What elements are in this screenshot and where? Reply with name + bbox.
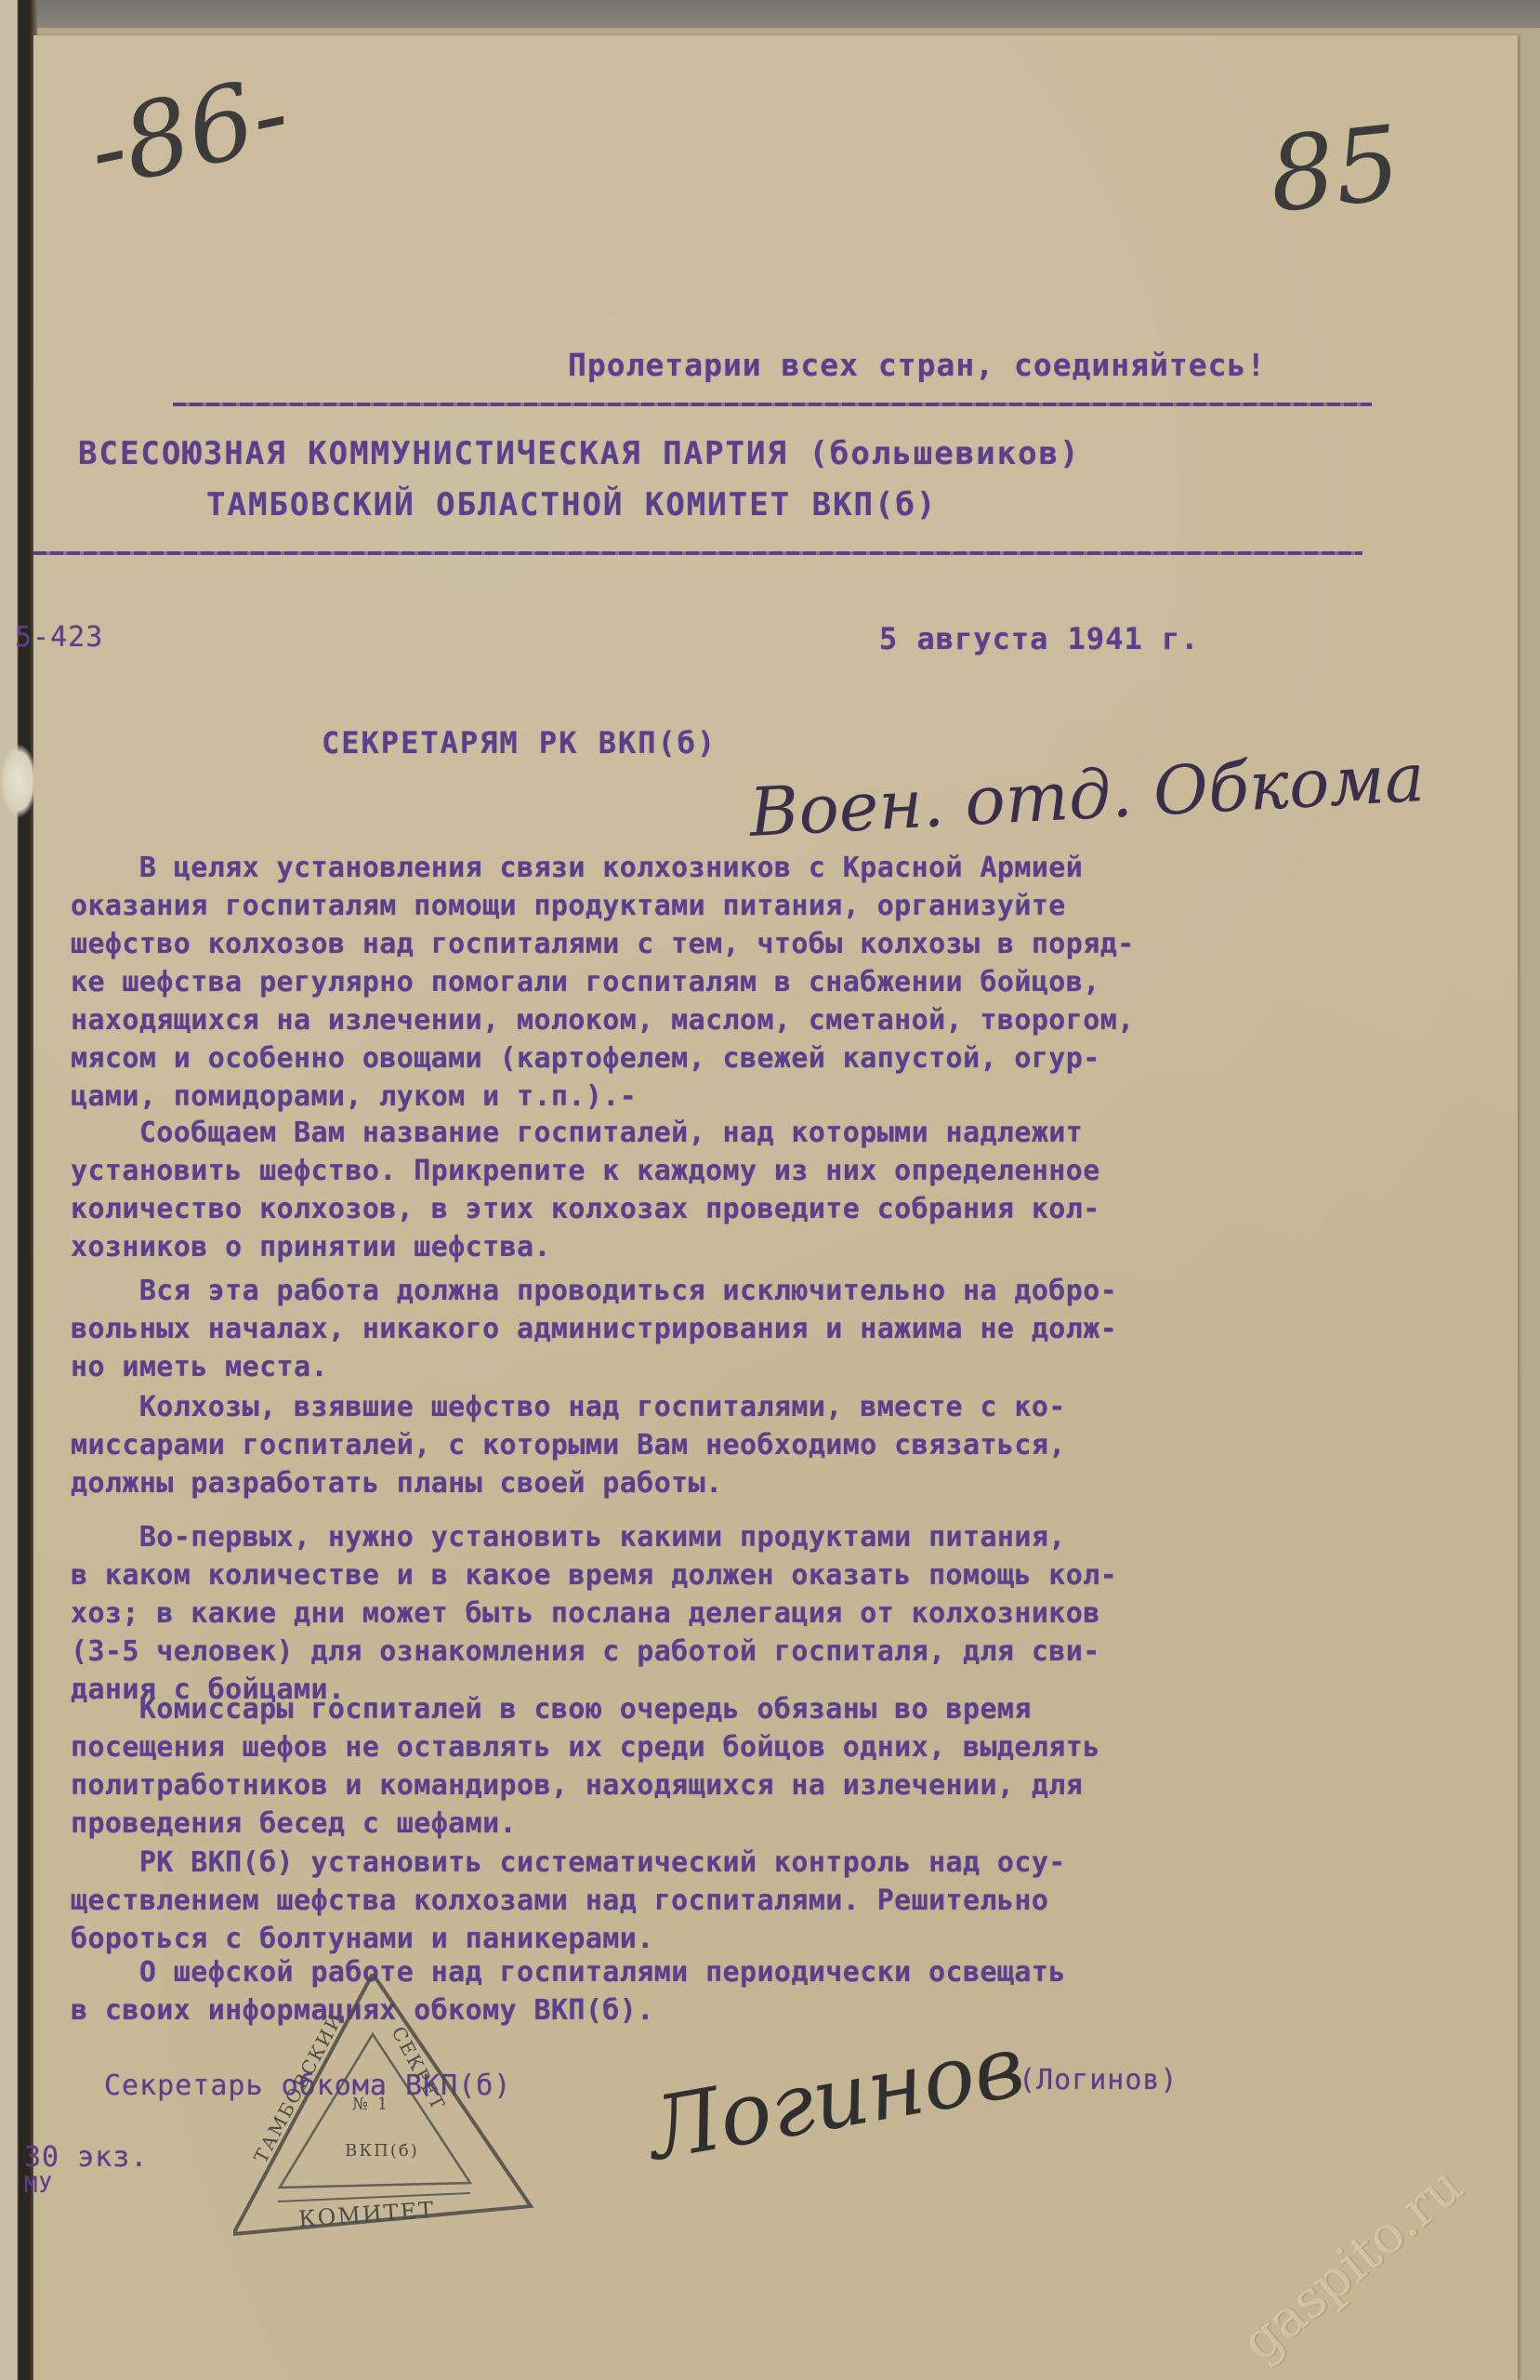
text-line: (3-5 человек) для ознакомления с работой… [71,1633,1390,1671]
text-line: установить шефство. Прикрепите к каждому… [71,1152,1390,1190]
slogan: Пролетарии всех стран, соединяйтесь! [568,347,1266,383]
text-line: оказания госпиталям помощи продуктами пи… [71,887,1390,925]
text-line: находящихся на излечении, молоком, масло… [71,1001,1390,1039]
old-sheet-number: -86- [79,53,298,211]
text-line: Сообщаем Вам название госпиталей, над ко… [71,1114,1390,1152]
paragraph-6: Комиссары госпиталей в свою очередь обяз… [71,1690,1390,1843]
text-line: вольных началах, никакого администрирова… [71,1310,1390,1348]
paragraph-7: РК ВКП(б) установить систематический кон… [71,1844,1390,1958]
header-divider [33,551,1362,555]
text-line: ке шефства регулярно помогали госпиталям… [71,963,1390,1001]
binding-spine [0,0,37,2380]
text-line: Во-первых, нужно установить какими проду… [71,1518,1390,1556]
handwritten-signature: Логинов [641,2016,1032,2179]
reference-number: 5-423 [15,621,103,654]
text-line: посещения шефов не оставлять их среди бо… [71,1728,1390,1766]
watermark: gaspito.ru [1231,2155,1474,2373]
document-date: 5 августа 1941 г. [879,621,1200,656]
text-line: хозников о принятии шефства. [71,1228,1390,1266]
text-line: В целях установления связи колхозников с… [71,849,1390,887]
text-line: шефство колхозов над госпиталями с тем, … [71,925,1390,963]
text-line: ществлением шефства колхозами над госпит… [71,1882,1390,1920]
committee-stamp: ТАМБОВСКИЙ СЕКРЕТ № 1 ВКП(б) КОМИТЕТ [233,1974,540,2243]
text-line: мясом и особенно овощами (картофелем, св… [71,1039,1390,1078]
paragraph-4: Колхозы, взявшие шефство над госпиталями… [71,1388,1390,1502]
stamp-center-text: ВКП(б) [345,2141,419,2161]
text-line: в каком количестве и в какое время долже… [71,1556,1390,1594]
text-line: проведения бесед с шефами. [71,1805,1390,1843]
text-line: хоз; в какие дни может быть послана деле… [71,1594,1390,1633]
text-line: Комиссары госпиталей в свою очередь обяз… [71,1690,1390,1728]
copies-count: 30 экз. [24,2141,148,2174]
text-line: бороться с болтунами и паникерами. [71,1920,1390,1958]
text-line: Колхозы, взявшие шефство над госпиталями… [71,1388,1390,1426]
text-line: РК ВКП(б) установить систематический кон… [71,1844,1390,1882]
binding-clip [0,744,37,818]
committee-name: ТАМБОВСКИЙ ОБЛАСТНОЙ КОМИТЕТ ВКП(б) [206,486,937,523]
paragraph-5: Во-первых, нужно установить какими проду… [71,1518,1390,1709]
text-line: миссарами госпиталей, с которыми Вам нео… [71,1426,1390,1464]
party-name: ВСЕСОЮЗНАЯ КОММУНИСТИЧЕСКАЯ ПАРТИЯ (боль… [78,435,1081,472]
paragraph-3: Вся эта работа должна проводиться исключ… [71,1272,1390,1386]
signatory-name: (Логинов) [1019,2064,1178,2096]
text-line: должны разработать планы своей работы. [71,1464,1390,1502]
slogan-underline [173,403,1372,406]
typist-initials: МУ [24,2172,53,2198]
text-line: Вся эта работа должна проводиться исключ… [71,1272,1390,1310]
document-page: -86- 85 Пролетарии всех стран, соединяйт… [33,35,1518,2380]
new-sheet-number: 85 [1264,103,1406,235]
paragraph-1: В целях установления связи колхозников с… [71,849,1390,1116]
text-line: количество колхозов, в этих колхозах про… [71,1190,1390,1228]
addressee: СЕКРЕТАРЯМ РК ВКП(б) [322,725,717,760]
text-line: но иметь места. [71,1348,1390,1386]
text-line: цами, помидорами, луком и т.п.).- [71,1078,1390,1116]
handwritten-routing-note: Воен. отд. Обкома [747,738,1426,852]
text-line: политработников и командиров, находящихс… [71,1766,1390,1805]
paragraph-2: Сообщаем Вам название госпиталей, над ко… [71,1114,1390,1266]
stamp-number: № 1 [352,2095,389,2114]
